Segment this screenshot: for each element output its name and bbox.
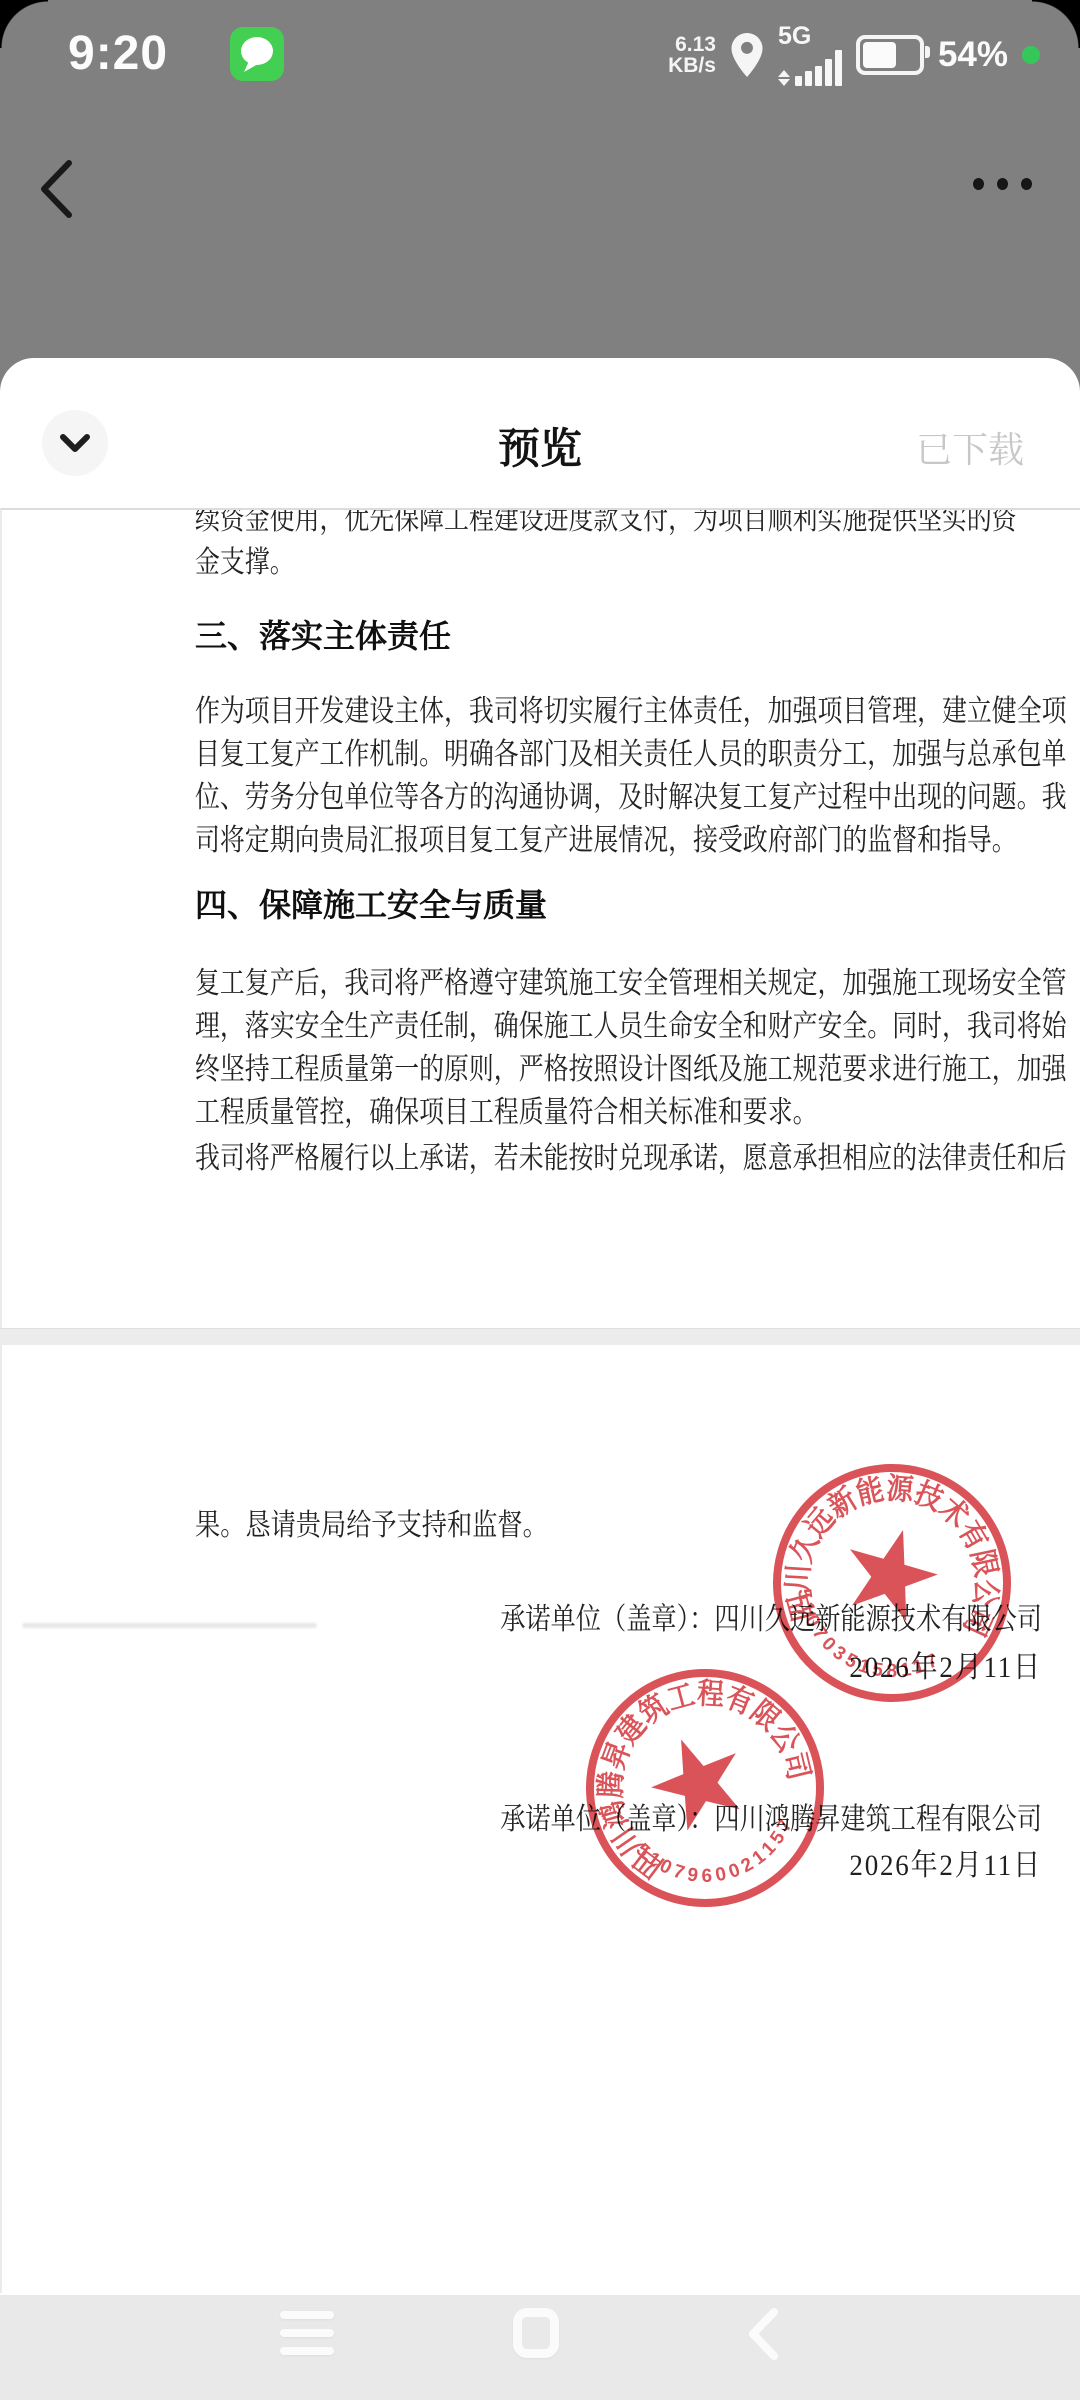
doc-line: 理，落实安全生产责任制，确保施工人员生命安全和财产安全。同时，我司将始 xyxy=(195,1005,917,1048)
location-icon xyxy=(730,33,764,77)
network-speed-unit: KB/s xyxy=(668,55,716,76)
doc-line: 终坚持工程质量第一的原则，严格按照设计图纸及施工规范要求进行施工，加强 xyxy=(195,1048,917,1091)
phone-screen: 9:20 6.13 KB/s 5G 54% xyxy=(0,0,1080,2400)
battery-icon xyxy=(856,35,924,75)
document-page-2: 果。恳请贵局给予支持和监督。 承诺单位（盖章）：四川久远新能源技术有限公司 20… xyxy=(0,1345,1080,2293)
system-navbar xyxy=(0,2295,1080,2400)
nav-back-button[interactable] xyxy=(744,2308,782,2360)
data-transfer-arrows-icon xyxy=(778,70,790,86)
recent-apps-button[interactable] xyxy=(280,2311,334,2355)
doc-line: 续资金使用，优先保障工程建设进度款支付，为项目顺利实施提供坚实的资 xyxy=(195,508,917,541)
closing-line: 果。恳请贵局给予支持和监督。 xyxy=(195,1504,548,1547)
doc-line: 目复工复产工作机制。明确各部门及相关责任人员的职责分工，加强与总承包单 xyxy=(195,733,917,776)
home-button[interactable] xyxy=(513,2308,559,2358)
app-bar xyxy=(0,110,1080,260)
downloaded-status: 已下载 xyxy=(916,422,1024,473)
doc-heading-4: 四、保障施工安全与质量 xyxy=(195,885,1080,925)
messages-notification-icon xyxy=(230,27,284,81)
scan-artifact xyxy=(22,1623,317,1628)
network-type-label: 5G xyxy=(778,24,811,48)
doc-line: 司将定期向贵局汇报项目复工复产进展情况，接受政府部门的监督和指导。 xyxy=(195,819,917,862)
status-indicators: 6.13 KB/s 5G 54% xyxy=(668,0,1040,110)
document-preview-area[interactable]: 续资金使用，优先保障工程建设进度款支付，为项目顺利实施提供坚实的资 金支撑。 三… xyxy=(0,505,1080,2400)
status-bar: 9:20 6.13 KB/s 5G 54% xyxy=(0,0,1080,110)
seal-star-icon xyxy=(639,1722,756,1837)
signal-indicator: 5G xyxy=(778,24,842,86)
back-button[interactable] xyxy=(36,158,76,220)
doc-line: 工程质量管控，确保项目工程质量符合相关标准和要求。 xyxy=(195,1091,917,1134)
seal-star-icon xyxy=(835,1517,947,1626)
clock: 9:20 xyxy=(68,26,168,81)
charging-indicator-dot xyxy=(1022,46,1040,64)
doc-line: 我司将严格履行以上承诺，若未能按时兑现承诺，愿意承担相应的法律责任和后 xyxy=(195,1137,917,1180)
network-speed: 6.13 KB/s xyxy=(668,34,716,76)
network-speed-value: 6.13 xyxy=(675,34,716,55)
doc-line: 作为项目开发建设主体，我司将切实履行主体责任，加强项目管理，建立健全项 xyxy=(195,690,917,733)
document-page-1: 续资金使用，优先保障工程建设进度款支付，为项目顺利实施提供坚实的资 金支撑。 三… xyxy=(0,508,1080,1328)
battery-percent: 54% xyxy=(938,35,1008,75)
more-options-button[interactable] xyxy=(973,178,1032,190)
signature-date-2: 2026年2月11日 xyxy=(849,1844,1042,1887)
doc-line: 复工复产后，我司将严格遵守建筑施工安全管理相关规定，加强施工现场安全管 xyxy=(195,962,917,1005)
doc-line: 位、劳务分包单位等各方的沟通协调，及时解决复工复产过程中出现的问题。我 xyxy=(195,776,917,819)
signal-bars-icon xyxy=(778,50,842,86)
preview-sheet: 预览 已下载 续资金使用，优先保障工程建设进度款支付，为项目顺利实施提供坚实的资… xyxy=(0,358,1080,2400)
doc-heading-3: 三、落实主体责任 xyxy=(195,616,1080,656)
doc-line: 金支撑。 xyxy=(195,541,917,584)
